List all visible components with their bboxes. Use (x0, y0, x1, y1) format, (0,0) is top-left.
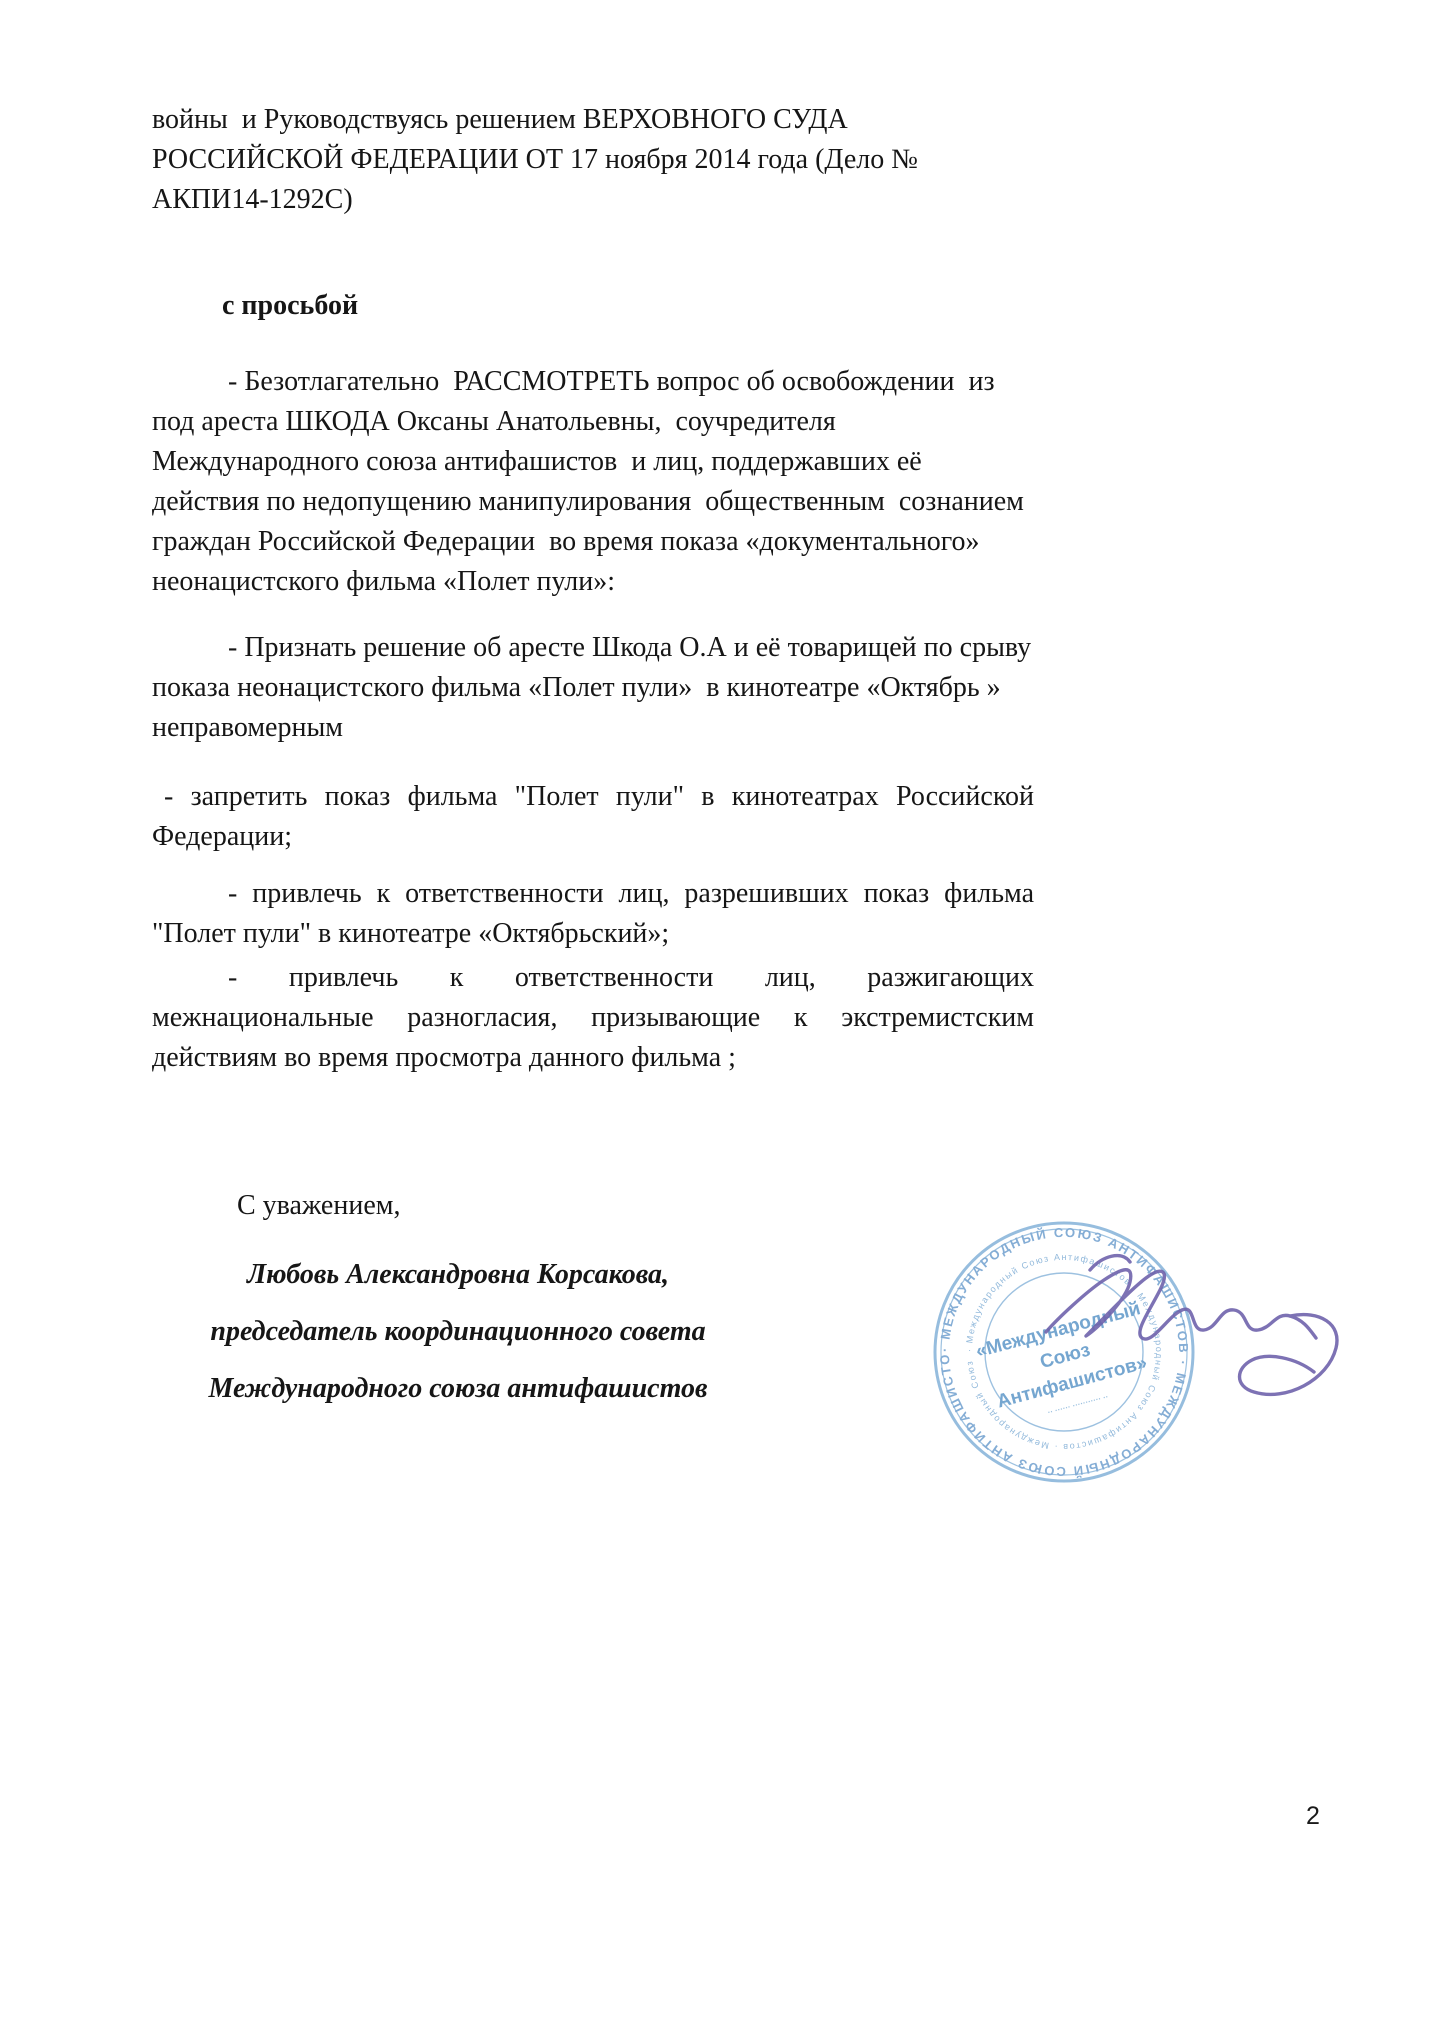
paragraph-demand-recognize: - Признать решение об аресте Шкода О.А и… (152, 628, 1034, 748)
signature-ink-icon (1038, 1240, 1358, 1420)
closing-salutation: С уважением, (152, 1186, 1034, 1226)
letter-body: войны и Руководствуясь решением ВЕРХОВНО… (152, 100, 1034, 1417)
signature-block: Любовь Александровна Корсакова, председа… (152, 1246, 764, 1417)
signer-title-line2: Международного союза антифашистов (152, 1360, 764, 1417)
paragraph-demand-prosecute-allowers: - привлечь к ответственности лиц, разреш… (152, 874, 1034, 954)
paragraph-continuation: войны и Руководствуясь решением ВЕРХОВНО… (152, 100, 1034, 220)
paragraph-demand-release: - Безотлагательно РАССМОТРЕТЬ вопрос об … (152, 362, 1034, 602)
signer-title-line1: председатель координационного совета (152, 1303, 764, 1360)
paragraph-demand-ban: - запретить показ фильма "Полет пули" в … (152, 777, 1034, 857)
page-number: 2 (1298, 1802, 1328, 1831)
handwritten-signature (1038, 1240, 1358, 1420)
request-heading: с просьбой (152, 286, 1034, 326)
paragraph-demand-prosecute-inciters: - привлечь к ответственности лиц, разжиг… (152, 958, 1034, 1078)
signer-name: Любовь Александровна Корсакова, (152, 1246, 764, 1303)
